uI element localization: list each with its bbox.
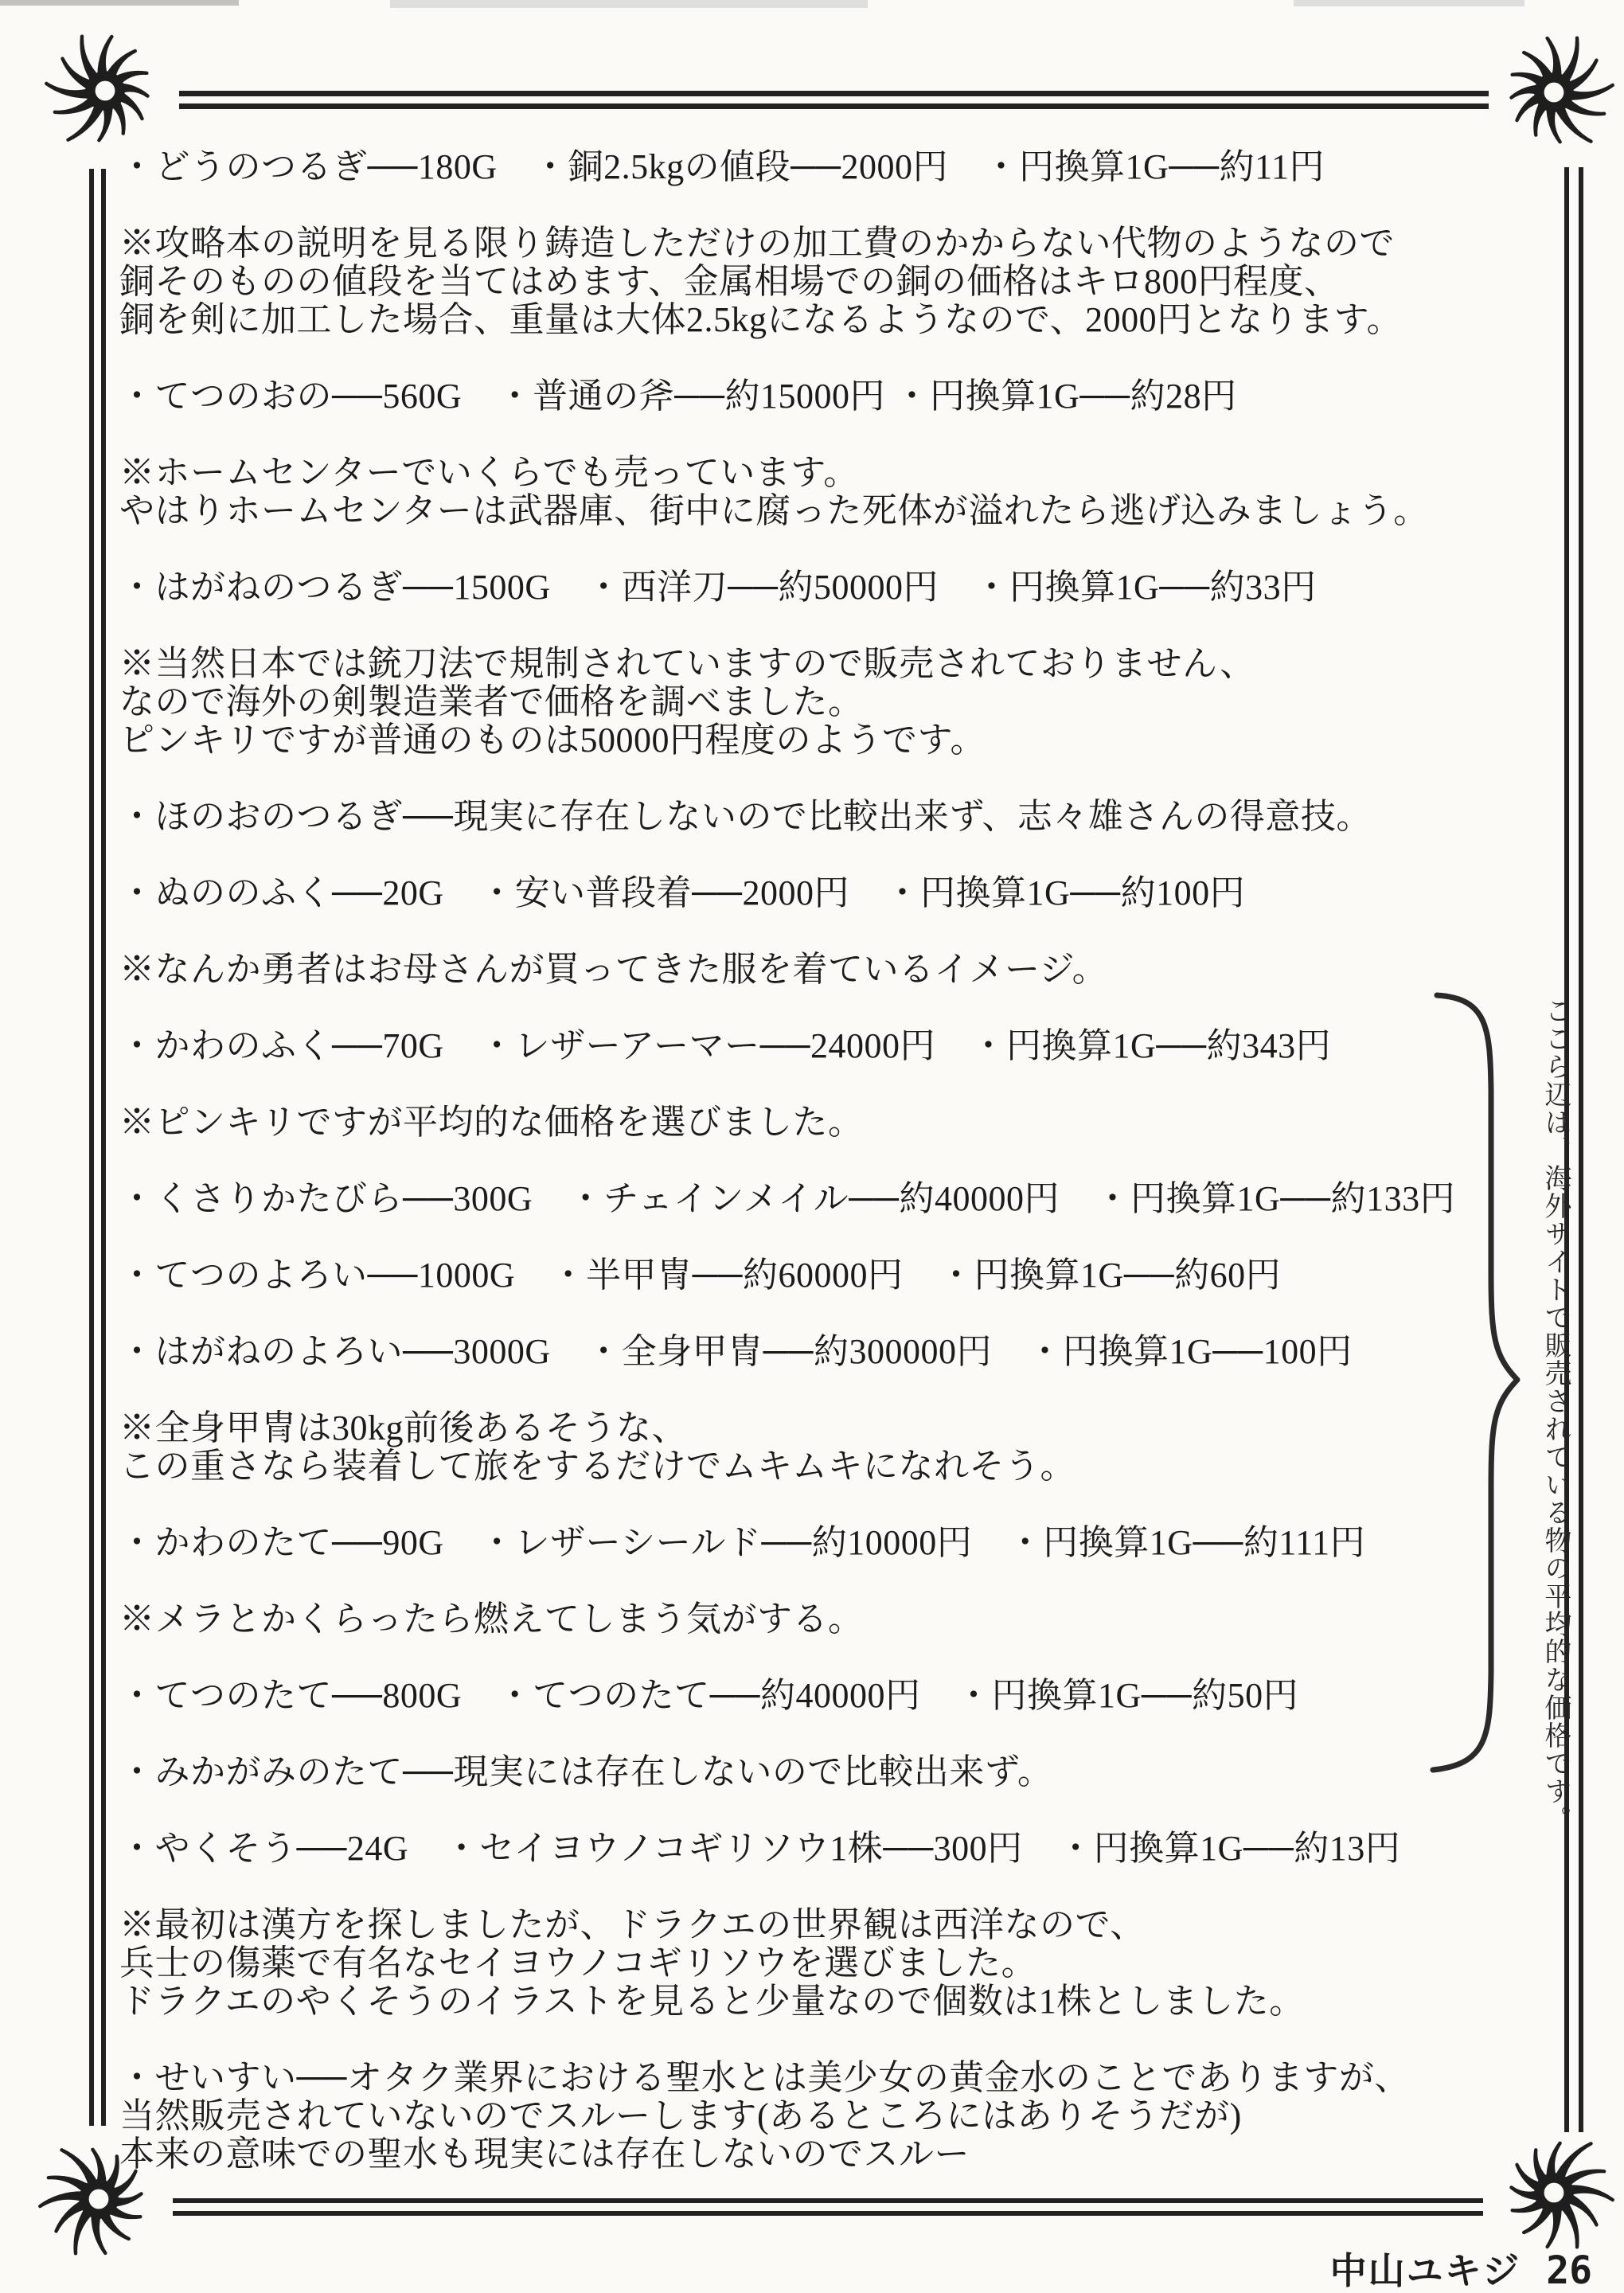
text-line: ※攻略本の説明を見る限り鋳造しただけの加工費のかからない代物のようなので [119,225,1552,263]
text-line: ※当然日本では銃刀法で規制されていますので販売されておりません、 [119,645,1552,683]
text-line: ピンキリですが普通のものは50000円程度のようです。 [119,721,1552,760]
text-line: ・かわのふく──70G ・レザーアーマー──24000円 ・円換算1G──約34… [119,1027,1552,1065]
text-block: ・どうのつるぎ──180G ・銅2.5kgの値段──2000円 ・円換算1G──… [119,148,1552,186]
text-line: ・ぬののふく──20G ・安い普段着──2000円 ・円換算1G──約100円 [119,874,1552,912]
text-line: ・せいすい──オタク業界における聖水とは美少女の黄金水のことでありますが、 [119,2059,1552,2097]
text-block: ・はがねのよろい──3000G ・全身甲冑──約300000円 ・円換算1G──… [119,1333,1552,1371]
text-block: ・かわのふく──70G ・レザーアーマー──24000円 ・円換算1G──約34… [119,1027,1552,1065]
footer: 中山ユキジ 26 [1330,2242,1592,2293]
text-line: やはりホームセンターは武器庫、街中に腐った死体が溢れたら逃げ込みましょう。 [119,492,1552,530]
text-block: ・てつのたて──800G ・てつのたて──約40000円 ・円換算1G──約50… [119,1677,1552,1715]
border-top-line-outer [179,91,1489,96]
side-note-brace [1417,979,1528,1783]
text-line: 銅そのものの値段を当てはめます、金属相場での銅の価格はキロ800円程度、 [119,263,1552,301]
text-block: ※ピンキリですが平均的な価格を選びました。 [119,1104,1552,1142]
text-line: 兵士の傷薬で有名なセイヨウノコギリソウを選びました。 [119,1944,1552,1982]
border-bottom-line-inner [173,2198,1483,2203]
text-block: ※なんか勇者はお母さんが買ってきた服を着ているイメージ。 [119,951,1552,989]
text-line: ※なんか勇者はお母さんが買ってきた服を着ているイメージ。 [119,951,1552,989]
text-line: ・やくそう──24G ・セイヨウノコギリソウ1株──300円 ・円換算1G──約… [119,1830,1552,1868]
text-blocks: ・どうのつるぎ──180G ・銅2.5kgの値段──2000円 ・円換算1G──… [119,148,1552,2174]
text-line: ・てつのおの──560G ・普通の斧──約15000円 ・円換算1G──約28円 [119,377,1552,416]
text-block: ※メラとかくらったら燃えてしまう気がする。 [119,1600,1552,1639]
text-line: ・どうのつるぎ──180G ・銅2.5kgの値段──2000円 ・円換算1G──… [119,148,1552,186]
text-line: ※全身甲冑は30kg前後あるそうな、 [119,1409,1552,1447]
text-block: ※ホームセンターでいくらでも売っています。やはりホームセンターは武器庫、街中に腐… [119,454,1552,530]
text-block: ・はがねのつるぎ──1500G ・西洋刀──約50000円 ・円換算1G──約3… [119,568,1552,607]
text-line: ・はがねのよろい──3000G ・全身甲冑──約300000円 ・円換算1G──… [119,1333,1552,1371]
text-block: ※全身甲冑は30kg前後あるそうな、この重さなら装着して旅をするだけでムキムキに… [119,1409,1552,1486]
text-block: ・てつのよろい──1000G ・半甲冑──約60000円 ・円換算1G──約60… [119,1256,1552,1295]
text-line: この重さなら装着して旅をするだけでムキムキになれそう。 [119,1447,1552,1486]
text-block: ※当然日本では銃刀法で規制されていますので販売されておりません、なので海外の剣製… [119,645,1552,760]
side-note-text: ここら辺は、海外サイトで販売されている物の平均的な価格です。 [1530,997,1579,1801]
text-block: ※最初は漢方を探しましたが、ドラクエの世界観は西洋なので、兵士の傷薬で有名なセイ… [119,1906,1552,2021]
text-block: ・くさりかたびら──300G ・チェインメイル──約40000円 ・円換算1G─… [119,1180,1552,1218]
text-line: ※最初は漢方を探しましたが、ドラクエの世界観は西洋なので、 [119,1906,1552,1944]
border-left-line-outer [89,169,94,2126]
border-top-line-inner [179,104,1489,109]
text-line: 本来の意味での聖水も現実には存在しないのでスルー [119,2135,1552,2174]
sun-ornament-icon [1485,24,1622,161]
text-block: ・みかがみのたて──現実には存在しないので比較出来ず。 [119,1753,1552,1791]
text-line: ・ほのおのつるぎ──現実に存在しないので比較出来ず、志々雄さんの得意技。 [119,798,1552,836]
text-block: ・かわのたて──90G ・レザーシールド──約10000円 ・円換算1G──約1… [119,1524,1552,1562]
text-line: ・てつのよろい──1000G ・半甲冑──約60000円 ・円換算1G──約60… [119,1256,1552,1295]
text-line: 当然販売されていないのでスルーします(あるところにはありそうだが) [119,2097,1552,2135]
text-block: ※攻略本の説明を見る限り鋳造しただけの加工費のかからない代物のようなので銅そのも… [119,225,1552,339]
text-block: ・てつのおの──560G ・普通の斧──約15000円 ・円換算1G──約28円 [119,377,1552,416]
text-block: ・やくそう──24G ・セイヨウノコギリソウ1株──300円 ・円換算1G──約… [119,1830,1552,1868]
scan-artifact [390,0,868,8]
text-line: ※メラとかくらったら燃えてしまう気がする。 [119,1600,1552,1639]
text-line: ドラクエのやくそうのイラストを見ると少量なので個数は1株としました。 [119,1982,1552,2021]
text-block: ・せいすい──オタク業界における聖水とは美少女の黄金水のことでありますが、当然販… [119,2059,1552,2174]
text-line: ※ピンキリですが平均的な価格を選びました。 [119,1104,1552,1142]
footer-author: 中山ユキジ [1330,2242,1521,2293]
scanned-doujinshi-page: ・どうのつるぎ──180G ・銅2.5kgの値段──2000円 ・円換算1G──… [0,0,1624,2293]
scan-artifact [1294,0,1524,6]
border-left-line-inner [101,169,106,2126]
text-line: 銅を剣に加工した場合、重量は大体2.5kgになるようなので、2000円となります… [119,301,1552,339]
text-line: ※ホームセンターでいくらでも売っています。 [119,454,1552,492]
footer-page-number: 26 [1546,2248,1592,2293]
text-line: ・かわのたて──90G ・レザーシールド──約10000円 ・円換算1G──約1… [119,1524,1552,1562]
scan-artifact [0,0,239,6]
text-block: ・ほのおのつるぎ──現実に存在しないので比較出来ず、志々雄さんの得意技。 [119,798,1552,836]
border-bottom-line-outer [173,2211,1483,2216]
text-block: ・ぬののふく──20G ・安い普段着──2000円 ・円換算1G──約100円 [119,874,1552,912]
text-line: ・みかがみのたて──現実には存在しないので比較出来ず。 [119,1753,1552,1791]
sun-ornament-icon [37,22,174,159]
text-line: ・てつのたて──800G ・てつのたて──約40000円 ・円換算1G──約50… [119,1677,1552,1715]
text-line: ・くさりかたびら──300G ・チェインメイル──約40000円 ・円換算1G─… [119,1180,1552,1218]
text-line: なので海外の剣製造業者で価格を調べました。 [119,683,1552,721]
text-line: ・はがねのつるぎ──1500G ・西洋刀──約50000円 ・円換算1G──約3… [119,568,1552,607]
